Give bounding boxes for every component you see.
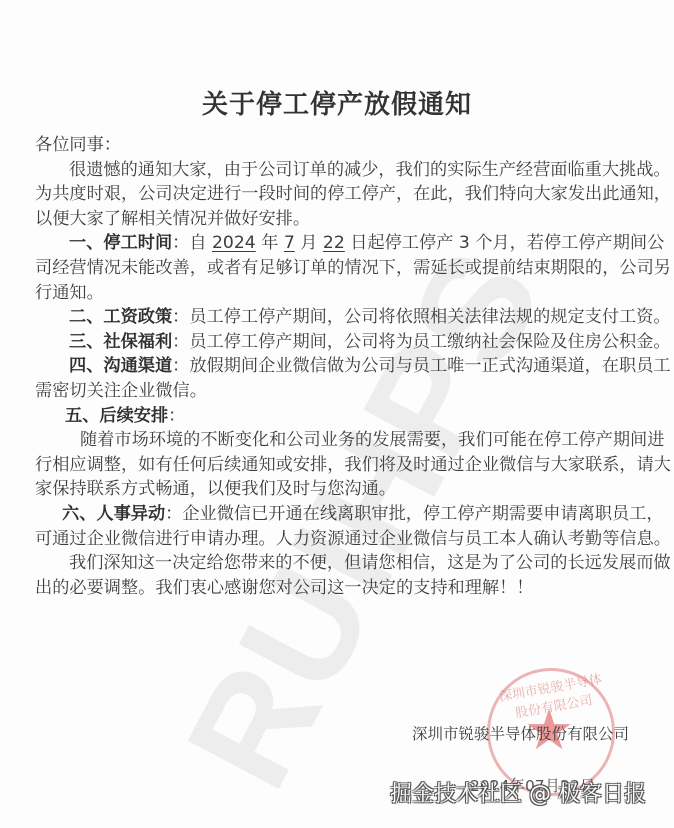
closing-line-2: 出的必要调整。我们衷心感谢您对公司这一决定的支持和理解！！ xyxy=(35,576,647,601)
source-watermark: 掘金技术社区 @ 极客日报 xyxy=(390,777,646,808)
section-2: 二、工资政策：员工停工停产期间，公司将依照相关法律法规的规定支付工资。 xyxy=(35,305,647,330)
intro-line-3: 以便大家了解相关情况并做好安排。 xyxy=(35,207,647,232)
section-5-line-1: 随着市场环境的不断变化和公司业务的发展需要，我们可能在停工停产期间进 xyxy=(35,428,647,453)
section-6-line-2: 可通过企业微信进行申请办理。人力资源通过企业微信与员工本人确认考勤等信息。 xyxy=(35,527,647,552)
section-4-line-2: 需密切关注企业微信。 xyxy=(35,379,647,404)
signature-company: 深圳市锐骏半导体股份有限公司 xyxy=(412,722,629,744)
section-1-line-1: 一、停工时间：自 2024 年 7 月 22 日起停工停产 3 个月，若停工停产… xyxy=(35,231,647,256)
intro-line-2: 为共度时艰，公司决定进行一段时间的停工停产，在此，我们特向大家发出此通知， xyxy=(35,182,647,207)
closing-line-1: 我们深知这一决定给您带来的不便，但请您相信，这是为了公司的长远发展而做 xyxy=(35,551,647,576)
month-field: 7 xyxy=(284,233,295,253)
section-1-heading: 一、停工时间 xyxy=(69,233,172,253)
day-field: 22 xyxy=(323,233,345,253)
section-5-line-2: 行相应调整，如有任何后续通知或安排，我们将及时通过企业微信与大家联系，请大 xyxy=(35,453,647,478)
section-5-line-3: 家保持联系方式畅通，以便我们及时与您沟通。 xyxy=(35,477,647,502)
salutation: 各位同事： xyxy=(35,133,647,158)
section-6-heading: 六、人事异动 xyxy=(62,504,165,524)
section-4-heading: 四、沟通渠道 xyxy=(69,356,172,376)
section-2-heading: 二、工资政策 xyxy=(69,307,172,327)
section-3: 三、社保福利：员工停工停产期间，公司将为员工缴纳社会保险及住房公积金。 xyxy=(35,330,647,355)
year-field: 2024 xyxy=(212,233,256,253)
section-6-line-1: 六、人事异动：企业微信已开通在线离职审批，停工停产期需要申请离职员工， xyxy=(35,502,647,527)
section-5-heading-line: 五、后续安排： xyxy=(35,404,647,429)
section-5-heading: 五、后续安排 xyxy=(65,406,168,426)
section-4-line-1: 四、沟通渠道：放假期间企业微信做为公司与员工唯一正式沟通渠道，在职员工 xyxy=(35,354,647,379)
document-body: 各位同事： 很遗憾的通知大家，由于公司订单的减少，我们的实际生产经营面临重大挑战… xyxy=(35,133,647,600)
section-3-heading: 三、社保福利 xyxy=(69,332,172,352)
document-title: 关于停工停产放假通知 xyxy=(0,84,674,121)
intro-line-1: 很遗憾的通知大家，由于公司订单的减少，我们的实际生产经营面临重大挑战。 xyxy=(35,158,647,183)
notice-document: RUIHPS 关于停工停产放假通知 各位同事： 很遗憾的通知大家，由于公司订单的… xyxy=(0,0,674,828)
section-1-line-2: 司经营情况未能改善，或者有足够订单的情况下，需延长或提前结束期限的，公司另 xyxy=(35,256,647,281)
section-1-line-3: 行通知。 xyxy=(35,281,647,306)
